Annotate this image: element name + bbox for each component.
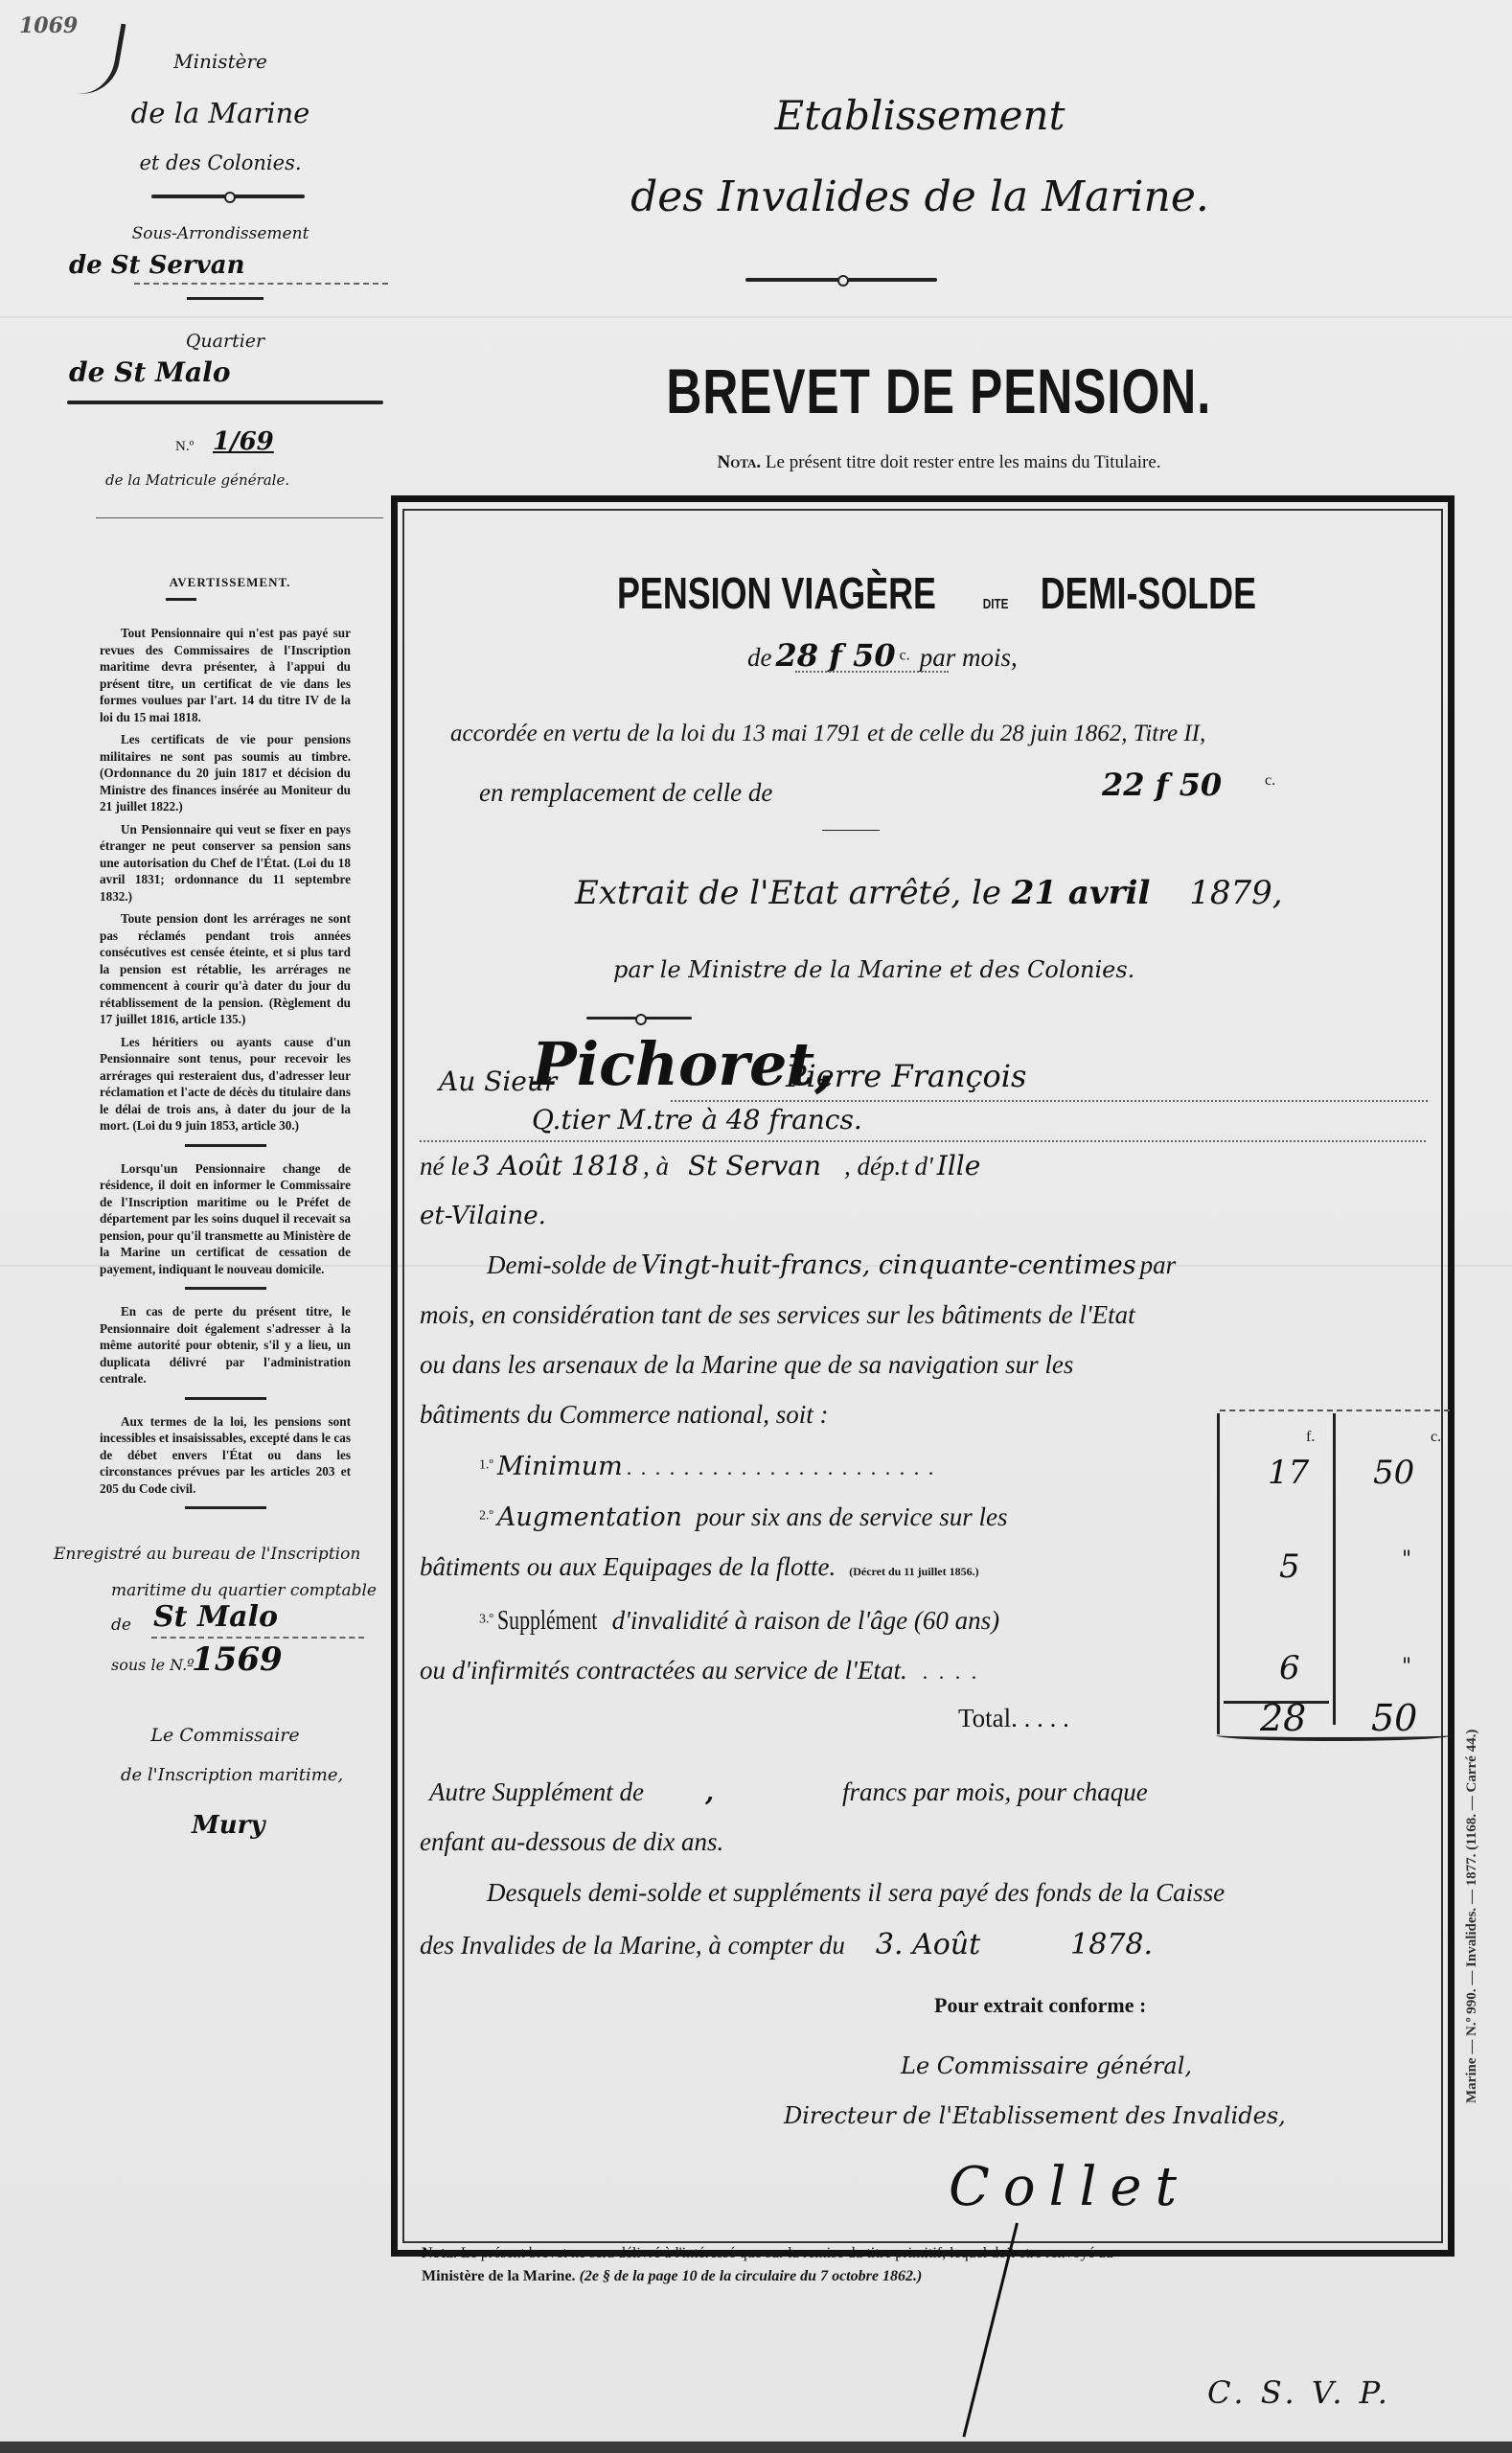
consideration-line-1: mois, en considération tant de ses servi… xyxy=(420,1300,1135,1330)
item-text: pour six ans de service sur les xyxy=(696,1502,1007,1531)
matricule-number: 1/69 xyxy=(213,427,274,456)
sous-arrondissement-value: de St Servan xyxy=(69,251,356,280)
director-signature: Collet xyxy=(949,2156,1190,2218)
item-supplement-cont: ou d'infirmités contractées au service d… xyxy=(420,1656,979,1685)
divider xyxy=(187,297,263,300)
monthly-amount-line: de 28 f 50 c. par mois, xyxy=(747,637,1018,674)
payment-start-date: 3. Août xyxy=(876,1928,980,1961)
warning-paragraph: Les héritiers ou ayants cause d'un Pensi… xyxy=(100,1034,351,1135)
payment-fund-text: des Invalides de la Marine, à compter du xyxy=(420,1931,845,1960)
department-label: , dép.t d' xyxy=(844,1152,933,1181)
page-title-wrap: BREVET DE PENSION. xyxy=(575,355,1303,427)
law-reference: accordée en vertu de la loi du 13 mai 17… xyxy=(450,721,1428,747)
total-label: Total. . . . . xyxy=(958,1704,1069,1733)
warning-paragraph: Aux termes de la loi, les pensions sont … xyxy=(100,1413,351,1498)
department-value: Ille xyxy=(937,1150,981,1181)
minimum-centimes: 50 xyxy=(1373,1454,1414,1492)
monthly-amount-value: 28 f 50 xyxy=(775,637,895,674)
warning-paragraph: Un Pensionnaire qui veut se fixer en pay… xyxy=(100,821,351,906)
extract-year: 1879, xyxy=(1189,874,1282,912)
amounts-table: f. c. 17 50 5 " 6 " 28 50 xyxy=(1217,1413,1452,1734)
ministry-line-1: Ministère xyxy=(96,50,345,74)
payment-line-1: Desquels demi-solde et suppléments il se… xyxy=(487,1878,1225,1908)
quartier-label: Quartier xyxy=(153,331,297,352)
item-number: 2.º xyxy=(479,1509,493,1524)
registration-signer-line-1: Le Commissaire xyxy=(96,1725,355,1746)
demi-solde-words: Vingt-huit-francs, cinquante-centimes xyxy=(641,1250,1136,1280)
fill-line xyxy=(795,671,949,673)
ministry-line-3: et des Colonies. xyxy=(96,150,345,175)
divider xyxy=(185,1506,266,1509)
replacement-unit: c. xyxy=(1265,772,1275,790)
warning-paragraph: Lorsqu'un Pensionnaire change de résiden… xyxy=(100,1160,351,1278)
warning-paragraph: Toute pension dont les arrérages ne sont… xyxy=(100,910,351,1028)
establishment-line-2: des Invalides de la Marine. xyxy=(517,172,1322,221)
side-imprint: Marine — N.º 990. — Invalides. — 1877. (… xyxy=(1464,1730,1480,2103)
item-number: 1.º xyxy=(479,1458,493,1473)
demi-solde-suffix: par xyxy=(1140,1250,1177,1279)
bottom-nota-text-2: Ministère de la Marine. xyxy=(422,2268,576,2284)
extract-date: 21 avril xyxy=(1012,874,1151,912)
divider xyxy=(185,1287,266,1290)
item-leader: . . . . . . . . . . . . . . . . . . . . … xyxy=(627,1456,936,1479)
item-leader: . . . . xyxy=(923,1660,980,1684)
item-label: Minimum xyxy=(497,1452,623,1481)
warning-paragraph: Les certificats de vie pour pensions mil… xyxy=(100,731,351,815)
signer-title-1: Le Commissaire général, xyxy=(901,2052,1192,2079)
heading-dite: DITE xyxy=(983,596,1009,612)
registration-quartier-value: St Malo xyxy=(153,1600,278,1634)
warning-paragraph: En cas de perte du présent titre, le Pen… xyxy=(100,1303,351,1387)
other-supplement-label: Autre Supplément de xyxy=(429,1777,644,1806)
ornament-divider xyxy=(586,1017,692,1020)
fill-line xyxy=(134,283,388,285)
other-supplement-value: , xyxy=(705,1778,714,1807)
fill-line xyxy=(151,1637,364,1639)
supplement-francs: 6 xyxy=(1279,1649,1300,1687)
item-note: (Décret du 11 juillet 1856.) xyxy=(849,1565,978,1578)
divider xyxy=(67,401,383,404)
document-page: 1069 Ministère de la Marine et des Colon… xyxy=(0,0,1512,2442)
heading-demi-solde: DEMI-SOLDE xyxy=(1041,567,1256,619)
divider xyxy=(185,1144,266,1147)
matricule-label: de la Matricule générale. xyxy=(105,471,289,489)
ornament-divider xyxy=(151,195,305,198)
born-date: 3 Août 1818 xyxy=(473,1150,639,1181)
bottom-nota-text: Le présent brevet ne sera délivré à l'in… xyxy=(461,2245,1113,2261)
registration-line-2: maritime du quartier comptable xyxy=(111,1581,399,1600)
header-nota-text: Le présent titre doit rester entre les m… xyxy=(766,452,1161,472)
department-value-continued: et-Vilaine. xyxy=(420,1202,546,1230)
other-supplement-suffix: francs par mois, pour chaque xyxy=(842,1777,1148,1806)
item-augmentation-cont: bâtiments ou aux Equipages de la flotte.… xyxy=(420,1552,979,1582)
consideration-line-3: bâtiments du Commerce national, soit : xyxy=(420,1400,828,1430)
francs-unit-header: f. xyxy=(1306,1429,1315,1446)
born-label: né le xyxy=(420,1152,470,1181)
minimum-francs: 17 xyxy=(1268,1454,1309,1492)
ornament-divider xyxy=(745,278,937,282)
other-supplement-line-2: enfant au-dessous de dix ans. xyxy=(420,1827,723,1857)
recipient-given-names: Pierre François xyxy=(786,1058,1026,1094)
replacement-label: en remplacement de celle de xyxy=(479,778,772,808)
divider xyxy=(96,517,383,518)
establishment-line-1: Etablissement xyxy=(594,92,1246,139)
table-bottom-brace xyxy=(1216,1730,1452,1741)
heading-pension-viagere: PENSION VIAGÈRE xyxy=(617,567,936,619)
footer-mark: C. S. V. P. xyxy=(1207,2374,1391,2411)
column-separator xyxy=(1333,1413,1336,1725)
minister-line: par le Ministre de la Marine et des Colo… xyxy=(613,956,1134,983)
extract-line: Extrait de l'Etat arrêté, le 21 avril 18… xyxy=(575,874,1283,912)
supplement-centimes: " xyxy=(1402,1655,1411,1679)
amount-prefix: de xyxy=(747,643,771,672)
item-augmentation: 2.º Augmentation pour six ans de service… xyxy=(479,1502,1008,1532)
item-supplement: 3.º Supplément d'invalidité à raison de … xyxy=(479,1606,999,1637)
item-label-2: ou d'infirmités contractées au service d… xyxy=(420,1656,907,1685)
payment-start-year: 1878. xyxy=(1070,1928,1153,1961)
consideration-line-2: ou dans les arsenaux de la Marine que de… xyxy=(420,1350,1073,1380)
matricule-prefix: N.º xyxy=(175,439,194,455)
extract-label: Extrait de l'Etat arrêté, le xyxy=(575,874,1001,912)
other-supplement-line: Autre Supplément de , francs par mois, p… xyxy=(429,1777,1148,1807)
registration-number-label: sous le N.º xyxy=(111,1656,195,1674)
item-label: Supplément xyxy=(497,1606,597,1637)
payment-line-2: des Invalides de la Marine, à compter du… xyxy=(420,1928,1153,1961)
item-number: 3.º xyxy=(479,1613,493,1627)
birth-line: né le 3 Août 1818 , à St Servan , dép.t … xyxy=(420,1150,980,1181)
augmentation-centimes: " xyxy=(1402,1547,1411,1571)
fill-line xyxy=(420,1140,1426,1142)
warning-block: Tout Pensionnaire qui n'est pas payé sur… xyxy=(100,625,351,1523)
sous-arrondissement-label: Sous-Arrondissement xyxy=(96,224,345,243)
replacement-value: 22 f 50 xyxy=(1102,767,1222,803)
divider xyxy=(185,1397,266,1400)
quartier-value: de St Malo xyxy=(69,356,356,388)
item-label: Augmentation xyxy=(497,1502,682,1532)
corner-mark: 1069 xyxy=(19,13,78,38)
header-nota-label: Nota. xyxy=(717,452,761,472)
registration-de-label: de xyxy=(111,1616,131,1635)
fill-line xyxy=(671,1100,1428,1102)
scan-edge xyxy=(0,2442,1512,2453)
bottom-nota-reference: (2e § de la page 10 de la circulaire du … xyxy=(580,2268,923,2284)
divider xyxy=(166,598,196,601)
registration-number-value: 1569 xyxy=(192,1640,283,1679)
header-nota: Nota. Le présent titre doit rester entre… xyxy=(575,452,1303,473)
amount-unit: c. xyxy=(900,648,910,664)
certificate-heading: PENSION VIAGÈRE DITE DEMI-SOLDE xyxy=(450,567,1409,619)
recipient-rank: Q.tier M.tre à 48 francs. xyxy=(532,1104,862,1135)
born-at-label: , à xyxy=(643,1152,669,1181)
centimes-unit-header: c. xyxy=(1431,1429,1441,1446)
item-label-2: bâtiments ou aux Equipages de la flotte. xyxy=(420,1552,836,1581)
registration-signer-line-2: de l'Inscription maritime, xyxy=(121,1765,408,1785)
page-title: BREVET DE PENSION. xyxy=(667,355,1212,427)
born-place: St Servan xyxy=(688,1150,821,1181)
ministry-line-2: de la Marine xyxy=(77,96,364,130)
registration-signature: Mury xyxy=(192,1811,265,1840)
registration-line-1: Enregistré au bureau de l'Inscription xyxy=(54,1545,399,1564)
item-minimum: 1.º Minimum . . . . . . . . . . . . . . … xyxy=(479,1452,935,1481)
fold-line xyxy=(0,316,1512,318)
amount-suffix: par mois, xyxy=(920,643,1018,672)
conforme-label: Pour extrait conforme : xyxy=(934,1993,1146,2018)
bottom-nota-label: Nota. xyxy=(422,2245,457,2261)
table-top-line xyxy=(1220,1410,1450,1411)
demi-solde-label: Demi-solde de xyxy=(487,1250,637,1279)
warning-title: AVERTISSEMENT. xyxy=(96,575,364,590)
demi-solde-line: Demi-solde de Vingt-huit-francs, cinquan… xyxy=(487,1250,1176,1280)
augmentation-francs: 5 xyxy=(1279,1547,1300,1586)
divider xyxy=(822,830,880,831)
bottom-nota: Nota. Le présent brevet ne sera délivré … xyxy=(422,2242,1437,2288)
warning-paragraph: Tout Pensionnaire qui n'est pas payé sur… xyxy=(100,625,351,725)
item-text: d'invalidité à raison de l'âge (60 ans) xyxy=(612,1606,1000,1635)
signer-title-2: Directeur de l'Etablissement des Invalid… xyxy=(784,2102,1286,2129)
